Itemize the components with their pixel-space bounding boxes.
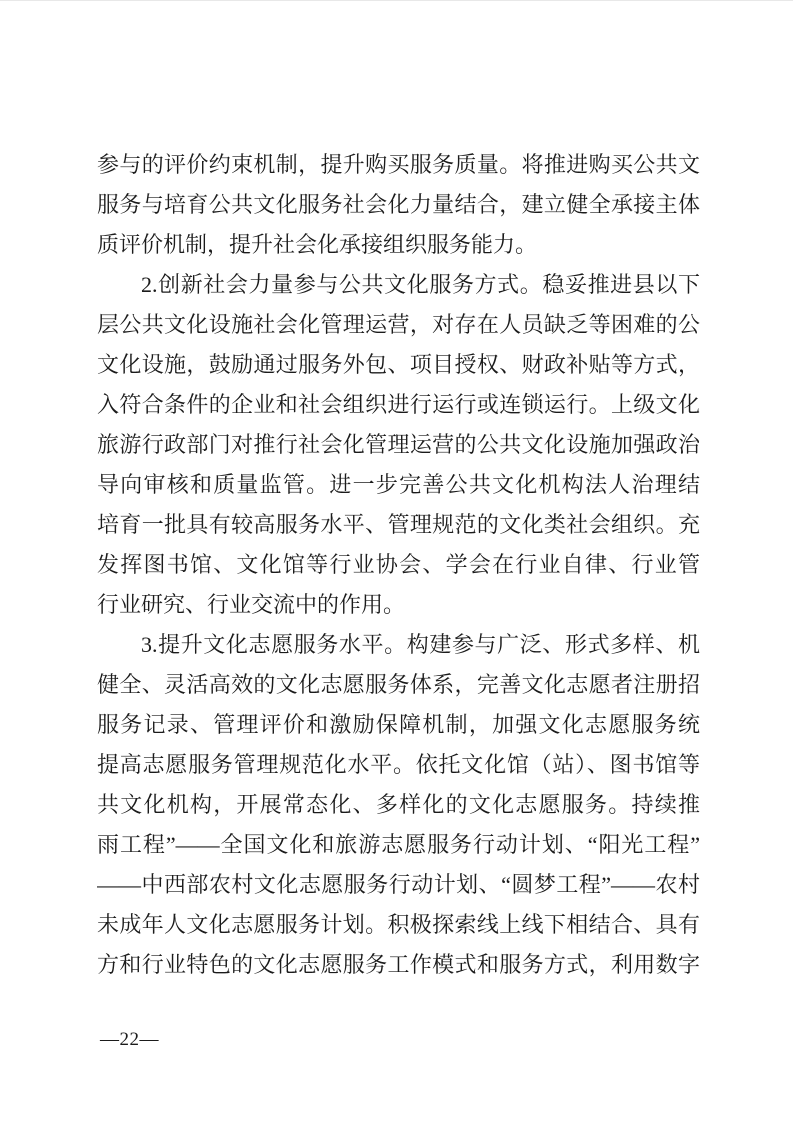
paragraph-item-2: 2.创新社会力量参与公共文化服务方式。稳妥推进县以下基层公共文化设施社会化管理运… [97, 265, 700, 625]
text-line: 旅游行政部门对推行社会化管理运营的公共文化设施加强政治 [97, 425, 700, 465]
text-line: 未成年人文化志愿服务计划。积极探索线上线下相结合、具有地 [97, 905, 700, 945]
paragraph-item-3: 3.提升文化志愿服务水平。构建参与广泛、形式多样、机制健全、灵活高效的文化志愿服… [97, 625, 700, 985]
paragraph-continuation: 参与的评价约束机制，提升购买服务质量。将推进购买公共文化服务与培育公共文化服务社… [97, 145, 700, 265]
text-line: 共文化机构，开展常态化、多样化的文化志愿服务。持续推进“春 [97, 785, 700, 825]
text-line: 健全、灵活高效的文化志愿服务体系，完善文化志愿者注册招募、 [97, 665, 700, 705]
text-line: 层公共文化设施社会化管理运营，对存在人员缺乏等困难的公共 [97, 305, 700, 345]
text-line: 方和行业特色的文化志愿服务工作模式和服务方式，利用数字化 [97, 945, 700, 985]
document-page: 参与的评价约束机制，提升购买服务质量。将推进购买公共文化服务与培育公共文化服务社… [0, 0, 793, 1122]
text-line: 质评价机制，提升社会化承接组织服务能力。 [97, 225, 700, 265]
text-line: 2.创新社会力量参与公共文化服务方式。稳妥推进县以下基 [97, 265, 700, 305]
text-line: 雨工程”——全国文化和旅游志愿服务行动计划、“阳光工程” [97, 825, 700, 865]
text-line: 文化设施，鼓励通过服务外包、项目授权、财政补贴等方式，引 [97, 345, 700, 385]
text-line: 入符合条件的企业和社会组织进行运行或连锁运行。上级文化和 [97, 385, 700, 425]
document-body: 参与的评价约束机制，提升购买服务质量。将推进购买公共文化服务与培育公共文化服务社… [97, 145, 700, 985]
page-number: —22— [100, 1029, 159, 1051]
text-line: ——中西部农村文化志愿服务行动计划、“圆梦工程”——农村 [97, 865, 700, 905]
text-line: 发挥图书馆、文化馆等行业协会、学会在行业自律、行业管理、 [97, 545, 700, 585]
text-line: 服务与培育公共文化服务社会化力量结合，建立健全承接主体资 [97, 185, 700, 225]
text-line: 导向审核和质量监管。进一步完善公共文化机构法人治理结构。 [97, 465, 700, 505]
text-line: 提高志愿服务管理规范化水平。依托文化馆（站）、图书馆等公 [97, 745, 700, 785]
text-line: 参与的评价约束机制，提升购买服务质量。将推进购买公共文化 [97, 145, 700, 185]
text-line: 培育一批具有较高服务水平、管理规范的文化类社会组织。充分 [97, 505, 700, 545]
text-line: 服务记录、管理评价和激励保障机制，加强文化志愿服务统计， [97, 705, 700, 745]
text-line: 3.提升文化志愿服务水平。构建参与广泛、形式多样、机制 [97, 625, 700, 665]
text-line: 行业研究、行业交流中的作用。 [97, 585, 700, 625]
